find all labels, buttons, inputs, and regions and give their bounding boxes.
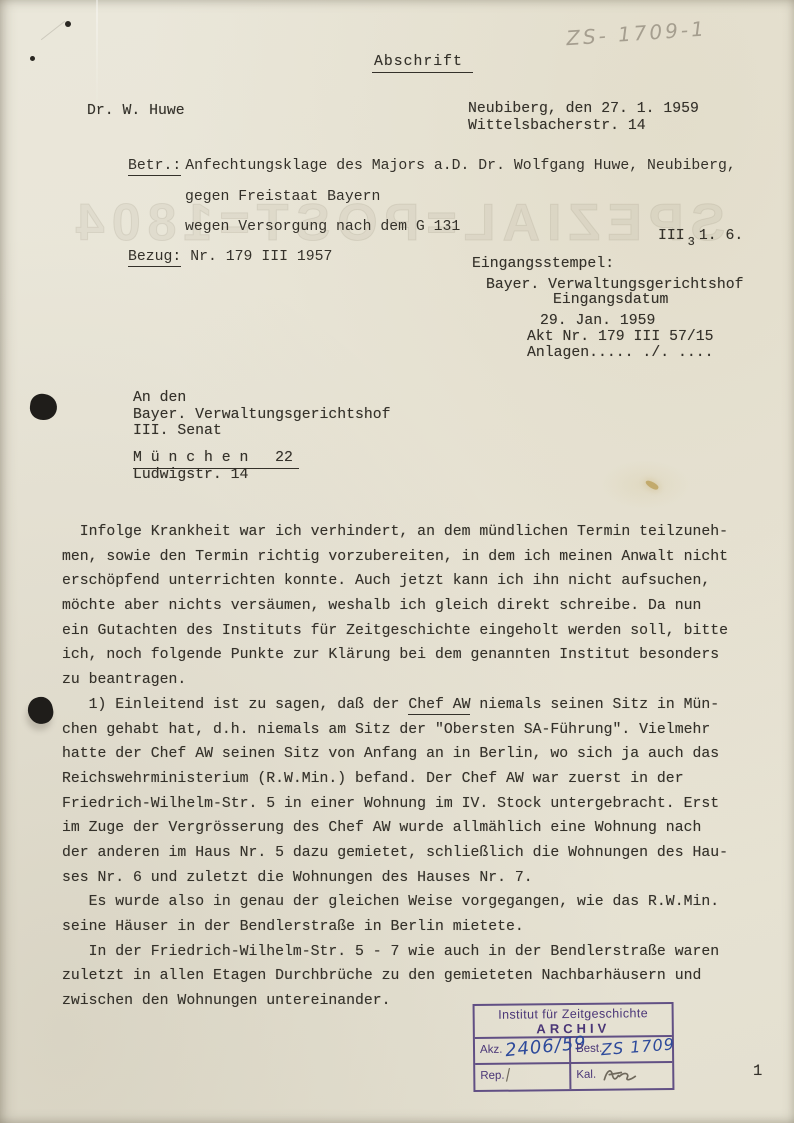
rep-cell: Rep. / [475,1064,571,1090]
recipient-address: An denBayer. VerwaltungsgerichtshofIII. … [133,386,391,436]
archive-stamp: Institut für Zeitgeschichte ARCHIV Akz. … [473,1002,675,1092]
text-line: men, sowie den Termin richtig vorzuberei… [62,545,762,570]
subject-line: wegen Versorgung nach dem G 131 [128,219,736,250]
subject-block: Betr.:Anfechtungsklage des Majors a.D. D… [128,158,736,250]
text-line: im Zuge der Vergrösserung des Chef AW wu… [62,816,762,841]
staple-mark [30,56,35,61]
entry-stamp-enclosures: Anlagen..... ./. .... [527,345,713,362]
entry-stamp-date-label: Eingangsdatum [553,292,668,309]
akz-cell: Akz. 2406/59 [475,1038,571,1063]
akz-label: Akz. [480,1044,502,1056]
text-line: zuletzt in allen Etagen Durchbrüche zu d… [62,964,762,989]
best-label: Best. [576,1043,602,1055]
staple-mark [65,21,71,27]
kal-handwritten-mark-icon [599,1065,639,1088]
rep-label: Rep. [480,1070,504,1082]
sender-street: Wittelsbacherstr. 14 [468,118,646,135]
hole-punch [28,392,58,422]
scratch-mark [41,21,65,40]
letter-body: Infolge Krankheit war ich verhindert, an… [62,520,762,1014]
archive-stamp-row: Rep. / Kal. [475,1063,672,1090]
paper-stain-halo [600,460,690,510]
text-line: erschöpfend unterrichten konnte. Auch je… [62,569,762,594]
text-line: ein Gutachten des Instituts für Zeitgesc… [62,619,762,644]
text-line: Reichswehrministerium (R.W.Min.) befand.… [62,767,762,792]
kal-cell: Kal. [571,1063,672,1089]
text-line: hatte der Chef AW seinen Sitz von Anfang… [62,742,762,767]
document-title: Abschrift [372,54,473,71]
entry-stamp-label: Eingangsstempel: [472,256,614,273]
text-line: 1) Einleitend ist zu sagen, daß der Chef… [62,693,762,718]
best-cell: Best. ZS 1709 [571,1037,672,1062]
text-line: seine Häuser in der Bendlerstraße in Ber… [62,915,762,940]
text-line: ses Nr. 6 und zuletzt die Wohnungen des … [62,866,762,891]
text-line: Es wurde also in genau der gleichen Weis… [62,890,762,915]
text-line: zu beantragen. [62,668,762,693]
page-number: 1 [753,1063,762,1080]
best-handwritten-value: ZS 1709 [600,1034,675,1059]
reference-block: Bezug:Nr. 179 III 1957 [128,249,332,265]
court-file-mark: III31. 6. [658,228,743,251]
pencil-archive-number: ZS- 1709-1 [565,14,746,50]
paper-crease [96,0,98,110]
recipient-street: Ludwigstr. 14 [133,467,248,484]
entry-stamp-file-number: Akt Nr. 179 III 57/15 [527,329,713,346]
reference-value: Nr. 179 III 1957 [190,249,332,265]
archive-stamp-row: Akz. 2406/59 Best. ZS 1709 [475,1037,672,1065]
subject-line: Betr.:Anfechtungsklage des Majors a.D. D… [128,158,736,189]
archive-stamp-institute: Institut für Zeitgeschichte [475,1006,672,1022]
text-line: Bayer. Verwaltungsgerichtshof [133,403,391,420]
text-line: der anderen im Haus Nr. 5 dazu gemietet,… [62,841,762,866]
text-line: ich, noch folgende Punkte zur Klärung be… [62,643,762,668]
text-line: Friedrich-Wilhelm-Str. 5 in einer Wohnun… [62,792,762,817]
text-line: An den [133,386,391,403]
text-line: In der Friedrich-Wilhelm-Str. 5 - 7 wie … [62,940,762,965]
scanned-letter-page: SPEZIAL=POST=1804 ZS- 1709-1 Abschrift D… [0,0,794,1123]
kal-label: Kal. [576,1069,596,1081]
hole-punch [25,695,55,727]
recipient-city: M ü n c h e n 22 [133,450,299,467]
text-line: Infolge Krankheit war ich verhindert, an… [62,520,762,545]
sender-name: Dr. W. Huwe [87,103,185,120]
place-and-date: Neubiberg, den 27. 1. 1959 [468,101,699,118]
subject-line: gegen Freistaat Bayern [128,189,736,220]
text-line: möchte aber nichts versäumen, weshalb ic… [62,594,762,619]
reference-label: Bezug: [128,249,181,267]
subject-text: Anfechtungsklage des Majors a.D. Dr. Wol… [185,158,736,174]
text-line: chen gehabt hat, d.h. niemals am Sitz de… [62,718,762,743]
entry-stamp-date: 29. Jan. 1959 [540,313,655,330]
subject-label: Betr.: [128,158,181,176]
